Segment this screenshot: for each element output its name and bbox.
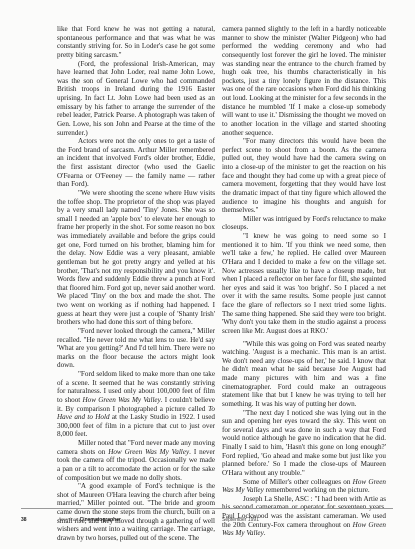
magazine-name: American Cinematographer [58, 517, 121, 523]
text-run: . [264, 529, 266, 537]
footer-rule [21, 508, 393, 509]
film-title: How Green Was My Valley [83, 396, 161, 404]
magazine-page: like that Ford knew he was not getting a… [0, 0, 415, 549]
issue-date: September 1991 [222, 517, 259, 523]
magazine-title: Cinematographer [80, 517, 121, 523]
paragraph: Miller was intrigued by Ford's reluctanc… [222, 215, 386, 232]
right-text-column: camera panned slightly to the left in a … [222, 25, 386, 538]
paragraph: like that Ford knew he was not getting a… [57, 25, 215, 60]
paragraph: camera panned slightly to the left in a … [222, 25, 386, 137]
left-text-column: like that Ford knew he was not getting a… [57, 25, 215, 543]
paragraph: Miller noted that "Ford never made any m… [57, 439, 215, 482]
text-run: Some of Miller's other colleagues on [243, 478, 353, 486]
paragraph: "Ford seldom liked to make more than one… [57, 370, 215, 439]
text-run: remembered working on the picture. [264, 486, 370, 494]
magazine-prefix: American [58, 517, 78, 523]
paragraph: "Ford never looked through the camera," … [57, 327, 215, 370]
paragraph: "The next day I noticed she was lying ou… [222, 409, 386, 478]
paragraph: "While this was going on Ford was seated… [222, 340, 386, 409]
film-title: How Green Was My Valley [108, 448, 189, 456]
page-number: 38 [21, 517, 27, 523]
paragraph: "For many directors this would have been… [222, 137, 386, 215]
paragraph: Actors were not the only ones to get a t… [57, 137, 215, 189]
paragraph: Some of Miller's other colleagues on How… [222, 478, 386, 495]
paragraph: "We were shooting the scene where Huw vi… [57, 189, 215, 327]
paragraph: "A good example of Ford's technique is t… [57, 482, 215, 542]
paragraph: "I knew he was going to need some so I m… [222, 232, 386, 336]
paragraph: (Ford, the professional Irish-American, … [57, 60, 215, 138]
